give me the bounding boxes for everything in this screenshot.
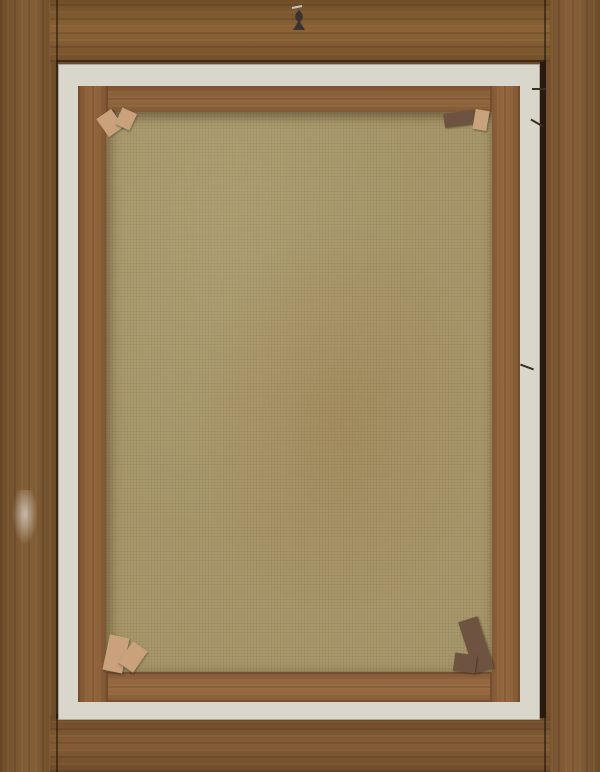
stretcher-left-bar — [78, 86, 108, 702]
stretcher-right-bar — [490, 86, 520, 702]
stretcher-top-bar — [82, 86, 518, 114]
hanging-hook-icon — [288, 4, 310, 32]
frame-left-rail — [0, 0, 58, 772]
stretcher-bottom-bar — [104, 672, 518, 702]
corner-key-bottom-right — [453, 653, 477, 674]
frame-right-rail — [544, 0, 600, 772]
nail — [532, 88, 546, 90]
painting-back-photo — [0, 0, 600, 772]
frame-seam — [56, 60, 546, 62]
frame-bottom-rail — [50, 716, 550, 772]
frame-gap — [540, 62, 546, 718]
canvas-reverse — [106, 112, 492, 672]
paint-smear — [10, 490, 40, 550]
